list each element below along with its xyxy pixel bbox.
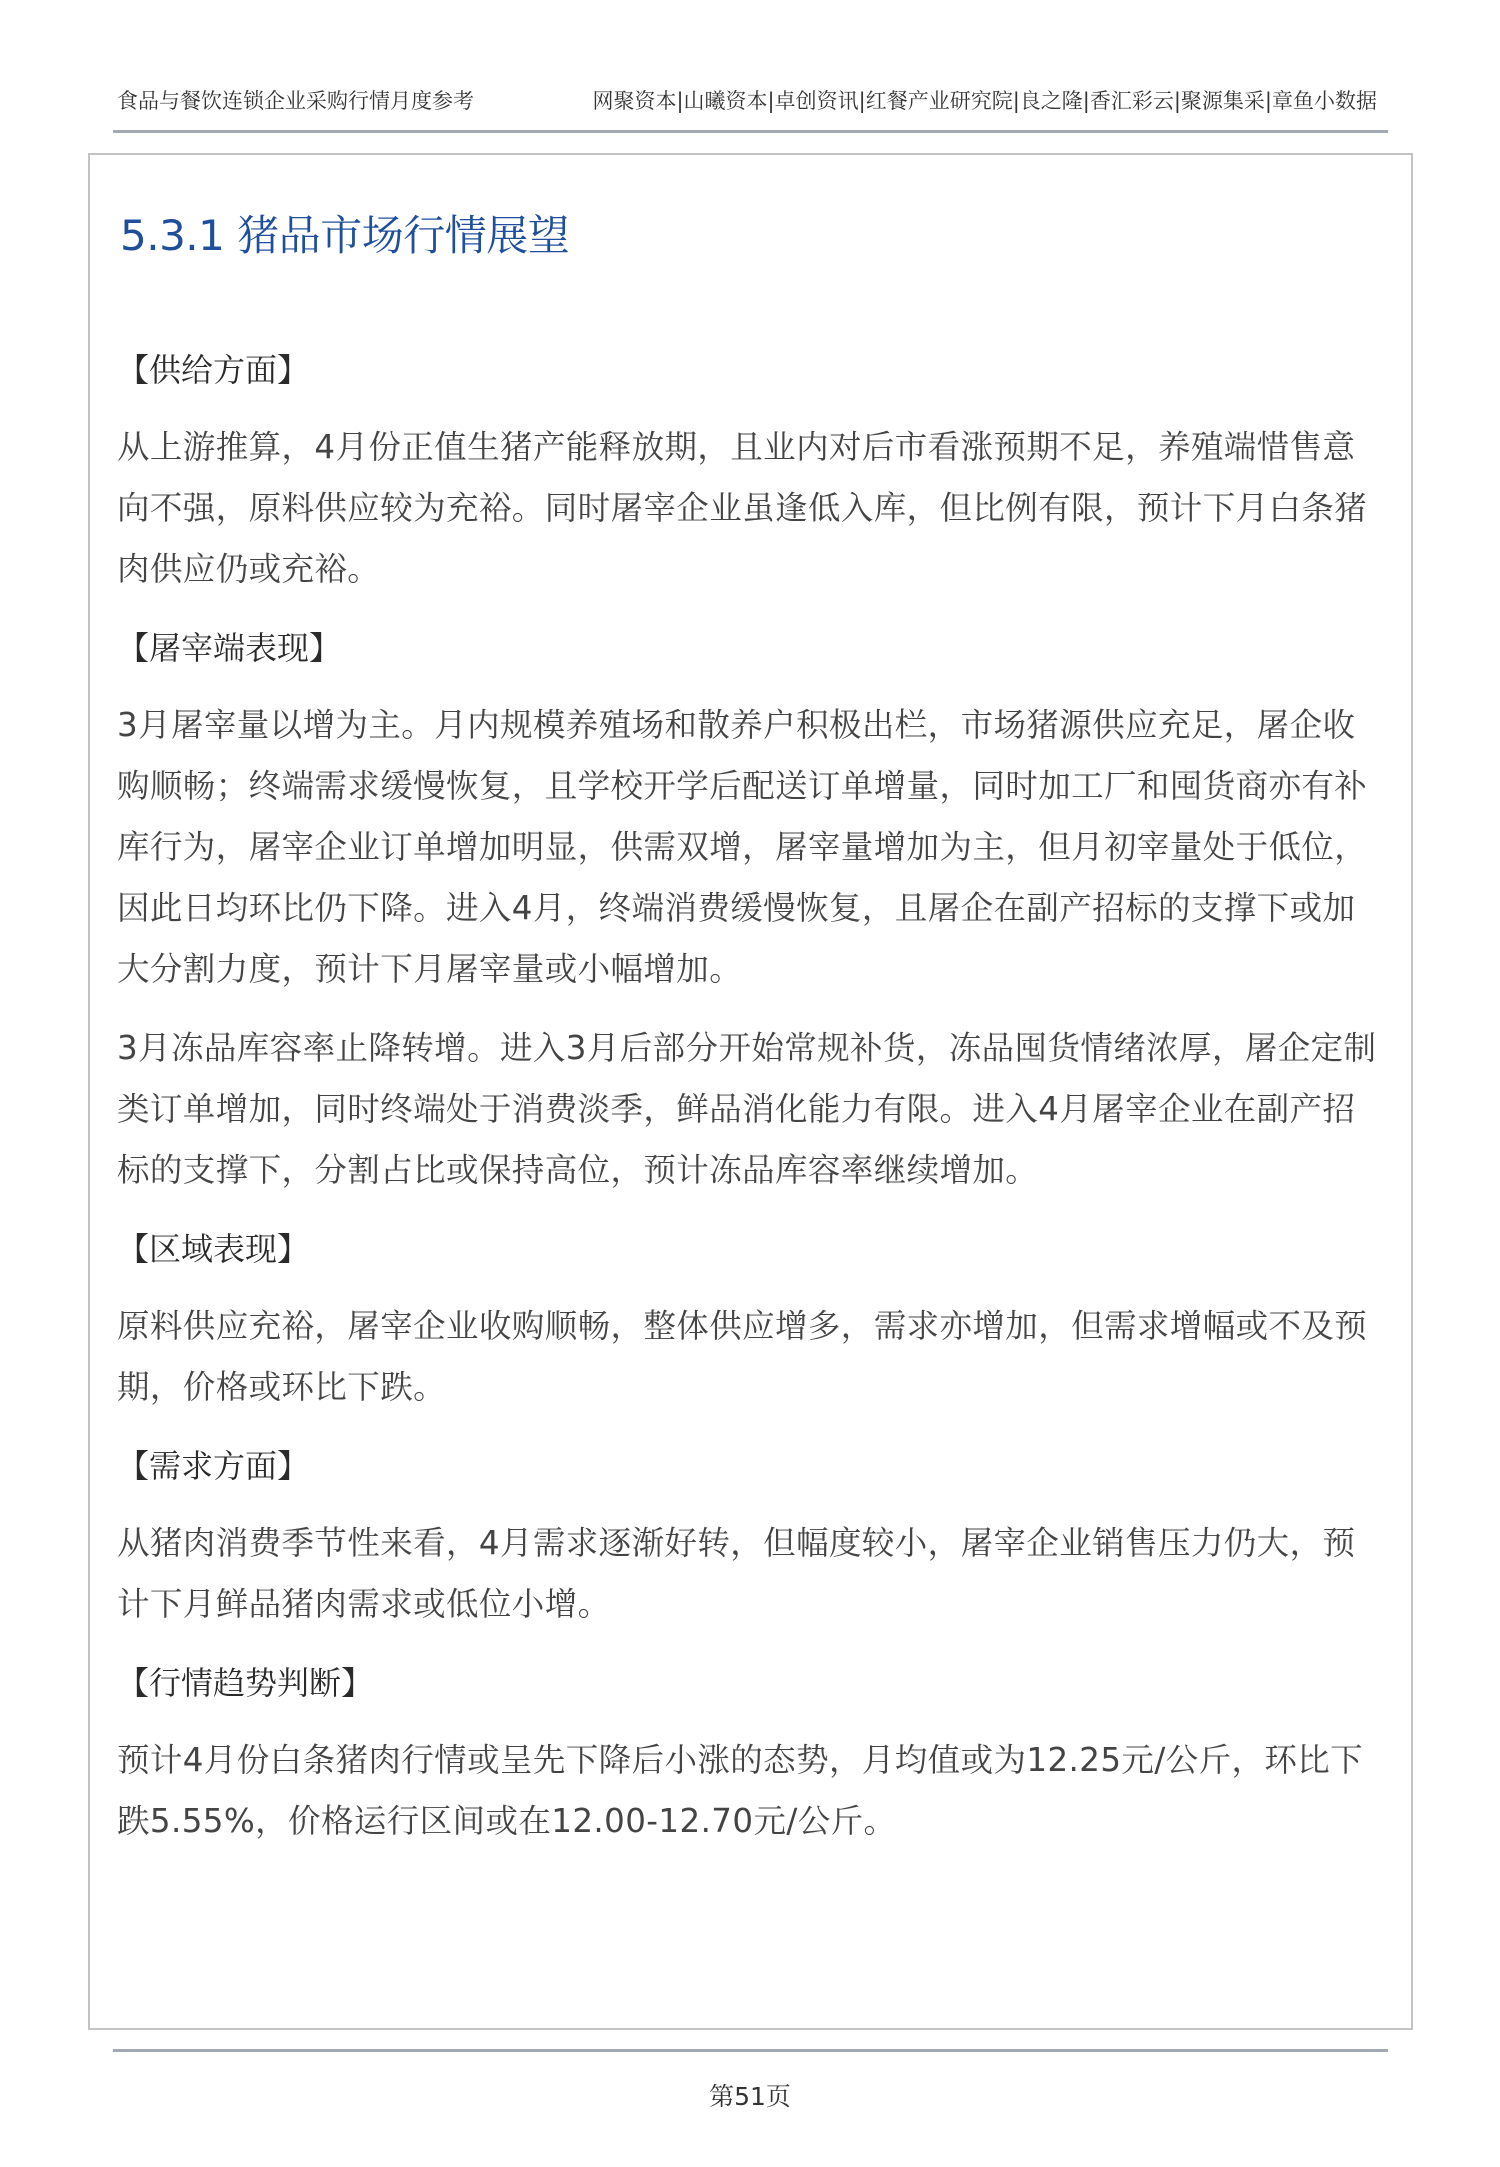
footer-divider xyxy=(113,2049,1388,2052)
subsection-heading: 【行情趋势判断】 xyxy=(117,1653,1397,1714)
header-divider xyxy=(113,130,1388,133)
content-box: 5.3.1 猪品市场行情展望 【供给方面】从上游推算，4月份正值生猪产能释放期，… xyxy=(88,153,1413,2030)
paragraph-line: 3月屠宰量以增为主。月内规模养殖场和散养户积极出栏，市场猪源供应充足，屠企收 xyxy=(117,695,1397,756)
subsection: 【需求方面】从猪肉消费季节性来看，4月需求逐渐好转，但幅度较小，屠宰企业销售压力… xyxy=(117,1436,1397,1635)
paragraph: 从猪肉消费季节性来看，4月需求逐渐好转，但幅度较小，屠宰企业销售压力仍大，预计下… xyxy=(117,1513,1397,1635)
paragraph-line: 库行为，屠宰企业订单增加明显，供需双增，屠宰量增加为主，但月初宰量处于低位， xyxy=(117,817,1397,878)
paragraph-line: 从上游推算，4月份正值生猪产能释放期，且业内对后市看涨预期不足，养殖端惜售意 xyxy=(117,417,1397,478)
subsection-heading: 【供给方面】 xyxy=(117,340,1397,401)
subsection-heading: 【需求方面】 xyxy=(117,1436,1397,1497)
paragraph-line: 标的支撑下，分割占比或保持高位，预计冻品库容率继续增加。 xyxy=(117,1140,1397,1201)
page-number: 第51页 xyxy=(0,2080,1500,2114)
paragraph: 3月冻品库容率止降转增。进入3月后部分开始常规补货，冻品囤货情绪浓厚，屠企定制类… xyxy=(117,1018,1397,1201)
paragraph-line: 计下月鲜品猪肉需求或低位小增。 xyxy=(117,1574,1397,1635)
paragraph-line: 从猪肉消费季节性来看，4月需求逐渐好转，但幅度较小，屠宰企业销售压力仍大，预 xyxy=(117,1513,1397,1574)
subsection: 【区域表现】原料供应充裕，屠宰企业收购顺畅，整体供应增多，需求亦增加，但需求增幅… xyxy=(117,1219,1397,1418)
page-header: 食品与餐饮连锁企业采购行情月度参考 网聚资本|山曦资本|卓创资讯|红餐产业研究院… xyxy=(113,84,1388,118)
paragraph-line: 原料供应充裕，屠宰企业收购顺畅，整体供应增多，需求亦增加，但需求增幅或不及预 xyxy=(117,1296,1397,1357)
subsection: 【屠宰端表现】3月屠宰量以增为主。月内规模养殖场和散养户积极出栏，市场猪源供应充… xyxy=(117,618,1397,1201)
paragraph-line: 向不强，原料供应较为充裕。同时屠宰企业虽逢低入库，但比例有限，预计下月白条猪 xyxy=(117,478,1397,539)
paragraph-line: 跌5.55%，价格运行区间或在12.00-12.70元/公斤。 xyxy=(117,1791,1397,1852)
paragraph-line: 大分割力度，预计下月屠宰量或小幅增加。 xyxy=(117,939,1397,1000)
data-sources: 网聚资本|山曦资本|卓创资讯|红餐产业研究院|良之隆|香汇彩云|聚源集采|章鱼小… xyxy=(592,84,1377,118)
subsection: 【行情趋势判断】预计4月份白条猪肉行情或呈先下降后小涨的态势，月均值或为12.2… xyxy=(117,1653,1397,1852)
paragraph-line: 预计4月份白条猪肉行情或呈先下降后小涨的态势，月均值或为12.25元/公斤，环比… xyxy=(117,1730,1397,1791)
subsection: 【供给方面】从上游推算，4月份正值生猪产能释放期，且业内对后市看涨预期不足，养殖… xyxy=(117,340,1397,600)
paragraph: 从上游推算，4月份正值生猪产能释放期，且业内对后市看涨预期不足，养殖端惜售意向不… xyxy=(117,417,1397,600)
paragraph: 预计4月份白条猪肉行情或呈先下降后小涨的态势，月均值或为12.25元/公斤，环比… xyxy=(117,1730,1397,1852)
paragraph: 原料供应充裕，屠宰企业收购顺畅，整体供应增多，需求亦增加，但需求增幅或不及预期，… xyxy=(117,1296,1397,1418)
subsection-heading: 【屠宰端表现】 xyxy=(117,618,1397,679)
paragraph-line: 购顺畅；终端需求缓慢恢复，且学校开学后配送订单增量，同时加工厂和囤货商亦有补 xyxy=(117,756,1397,817)
paragraph-line: 肉供应仍或充裕。 xyxy=(117,539,1397,600)
paragraph-line: 期，价格或环比下跌。 xyxy=(117,1357,1397,1418)
paragraph-line: 类订单增加，同时终端处于消费淡季，鲜品消化能力有限。进入4月屠宰企业在副产招 xyxy=(117,1079,1397,1140)
document-title: 食品与餐饮连锁企业采购行情月度参考 xyxy=(117,84,474,118)
paragraph: 3月屠宰量以增为主。月内规模养殖场和散养户积极出栏，市场猪源供应充足，屠企收购顺… xyxy=(117,695,1397,1000)
paragraph-line: 3月冻品库容率止降转增。进入3月后部分开始常规补货，冻品囤货情绪浓厚，屠企定制 xyxy=(117,1018,1397,1079)
subsection-heading: 【区域表现】 xyxy=(117,1219,1397,1280)
section-body: 【供给方面】从上游推算，4月份正值生猪产能释放期，且业内对后市看涨预期不足，养殖… xyxy=(117,340,1397,1870)
section-title: 5.3.1 猪品市场行情展望 xyxy=(120,206,569,266)
paragraph-line: 因此日均环比仍下降。进入4月，终端消费缓慢恢复，且屠企在副产招标的支撑下或加 xyxy=(117,878,1397,939)
